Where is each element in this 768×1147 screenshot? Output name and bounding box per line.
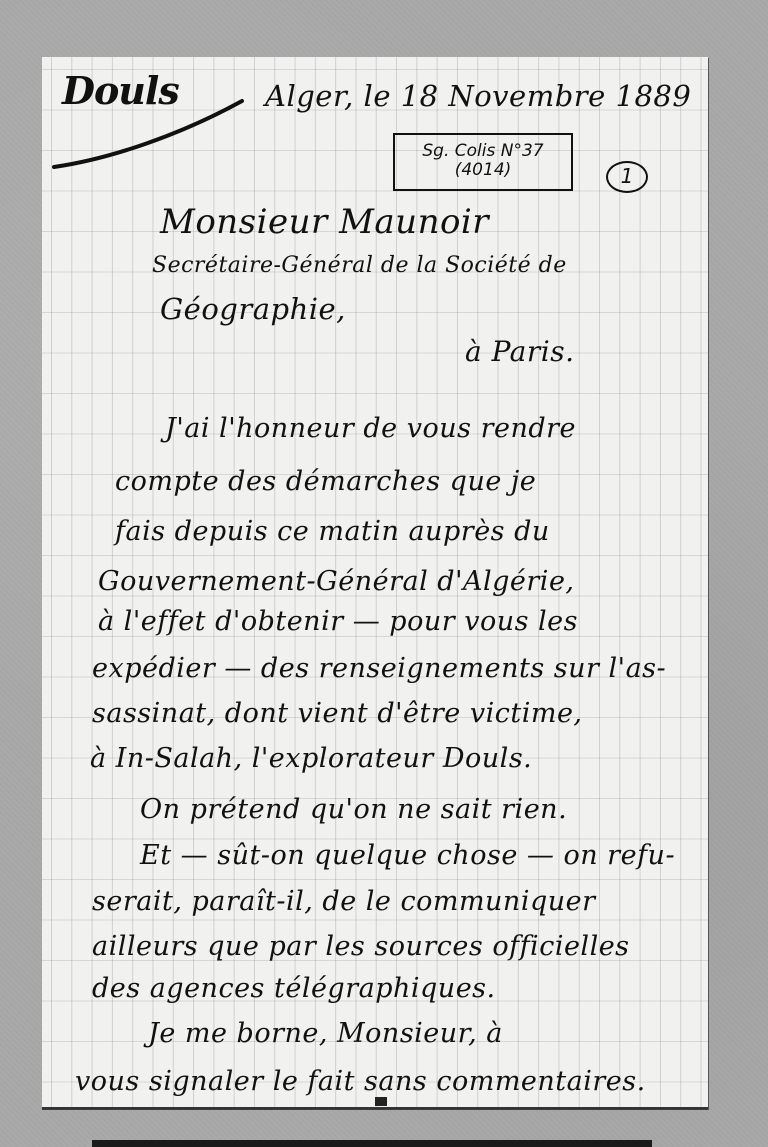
body-line: à l'effet d'obtenir — pour vous les — [98, 608, 578, 635]
archive-reference-line1: Sg. Colis N°37 — [395, 142, 571, 161]
body-line: à In-Salah, l'explorateur Douls. — [90, 745, 532, 772]
body-line: Et — sût-on quelque chose — on refu- — [140, 842, 675, 869]
addressee-name: Monsieur Maunoir — [160, 205, 489, 239]
body-line: Gouvernement-Général d'Algérie, — [98, 568, 575, 595]
underline-flourish-icon — [50, 95, 245, 175]
binding-clip-mark — [375, 1097, 387, 1106]
body-line: ailleurs que par les sources officielles — [92, 933, 630, 960]
body-line: serait, paraît-il, de le communiquer — [92, 888, 596, 915]
body-line: compte des démarches que je — [115, 468, 536, 495]
archive-reference-box: Sg. Colis N°37 (4014) — [393, 133, 573, 191]
page-number-badge: 1 — [606, 161, 648, 193]
body-line: Je me borne, Monsieur, à — [148, 1020, 503, 1047]
addressee-title-line1: Secrétaire-Général de la Société de — [152, 255, 567, 277]
dateline: Alger, le 18 Novembre 1889 — [265, 82, 691, 111]
body-line: On prétend qu'on ne sait rien. — [140, 796, 567, 823]
body-line: fais depuis ce matin auprès du — [115, 518, 550, 545]
next-page-edge — [92, 1140, 652, 1147]
letter-content: Douls Alger, le 18 Novembre 1889 Sg. Col… — [42, 57, 708, 1107]
archive-reference-line2: (4014) — [395, 161, 571, 180]
addressee-title-line2: Géographie, — [160, 295, 346, 324]
body-line: expédier — des renseignements sur l'as- — [92, 655, 666, 682]
addressee-city: à Paris. — [465, 338, 574, 366]
body-line: J'ai l'honneur de vous rendre — [165, 415, 576, 442]
body-line: des agences télégraphiques. — [92, 975, 496, 1002]
body-line: vous signaler le fait sans commentaires. — [75, 1068, 646, 1095]
body-line: sassinat, dont vient d'être victime, — [92, 700, 583, 727]
